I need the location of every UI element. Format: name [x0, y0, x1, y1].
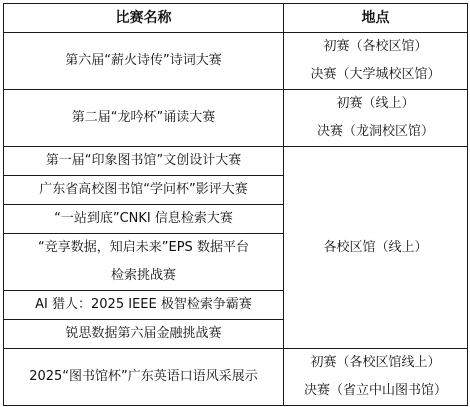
location-cell: 初赛（各校区馆） 决赛（大学城校区馆）: [284, 33, 468, 90]
competition-name-line: “竞享数据，知启未来”EPS 数据平台: [4, 234, 283, 262]
location-line: 初赛（各校区馆线上）: [284, 349, 467, 377]
table-row: 2025“图书馆杯”广东英语口语风采展示 初赛（各校区馆线上） 决赛（省立中山图…: [4, 349, 468, 406]
location-line: 决赛（大学城校区馆）: [284, 61, 467, 89]
competition-name: 第六届“薪火诗传”诗词大赛: [4, 33, 284, 90]
table-row: 第二届“龙吟杯”诵读大赛 初赛（线上） 决赛（龙洞校区馆）: [4, 90, 468, 147]
competition-name: “一站到底”CNKI 信息检索大赛: [4, 205, 284, 234]
competition-name: 第一届“印象图书馆”文创设计大赛: [4, 147, 284, 176]
table-row: 第一届“印象图书馆”文创设计大赛 各校区馆（线上）: [4, 147, 468, 176]
location-cell: 初赛（线上） 决赛（龙洞校区馆）: [284, 90, 468, 147]
competition-name: 锐思数据第六届金融挑战赛: [4, 320, 284, 349]
table-header-row: 比赛名称 地点: [4, 4, 468, 33]
competition-name-cell: “竞享数据，知启未来”EPS 数据平台 检索挑战赛: [4, 234, 284, 291]
competition-name: 第二届“龙吟杯”诵读大赛: [4, 90, 284, 147]
table-row: 第六届“薪火诗传”诗词大赛 初赛（各校区馆） 决赛（大学城校区馆）: [4, 33, 468, 90]
location-line: 初赛（各校区馆）: [284, 33, 467, 61]
location-cell: 初赛（各校区馆线上） 决赛（省立中山图书馆）: [284, 349, 468, 406]
competition-name: AI 猎人：2025 IEEE 极智检索争霸赛: [4, 291, 284, 320]
location-line: 决赛（省立中山图书馆）: [284, 377, 467, 405]
competition-name-line: 检索挑战赛: [4, 262, 283, 290]
location-cell-merged: 各校区馆（线上）: [284, 147, 468, 349]
competition-name: 2025“图书馆杯”广东英语口语风采展示: [4, 349, 284, 406]
competition-table: 比赛名称 地点 第六届“薪火诗传”诗词大赛 初赛（各校区馆） 决赛（大学城校区馆…: [3, 3, 468, 406]
location-line: 初赛（线上）: [284, 90, 467, 118]
header-location: 地点: [284, 4, 468, 33]
location-line: 决赛（龙洞校区馆）: [284, 118, 467, 146]
header-competition-name: 比赛名称: [4, 4, 284, 33]
competition-name: 广东省高校图书馆“学问杯”影评大赛: [4, 176, 284, 205]
